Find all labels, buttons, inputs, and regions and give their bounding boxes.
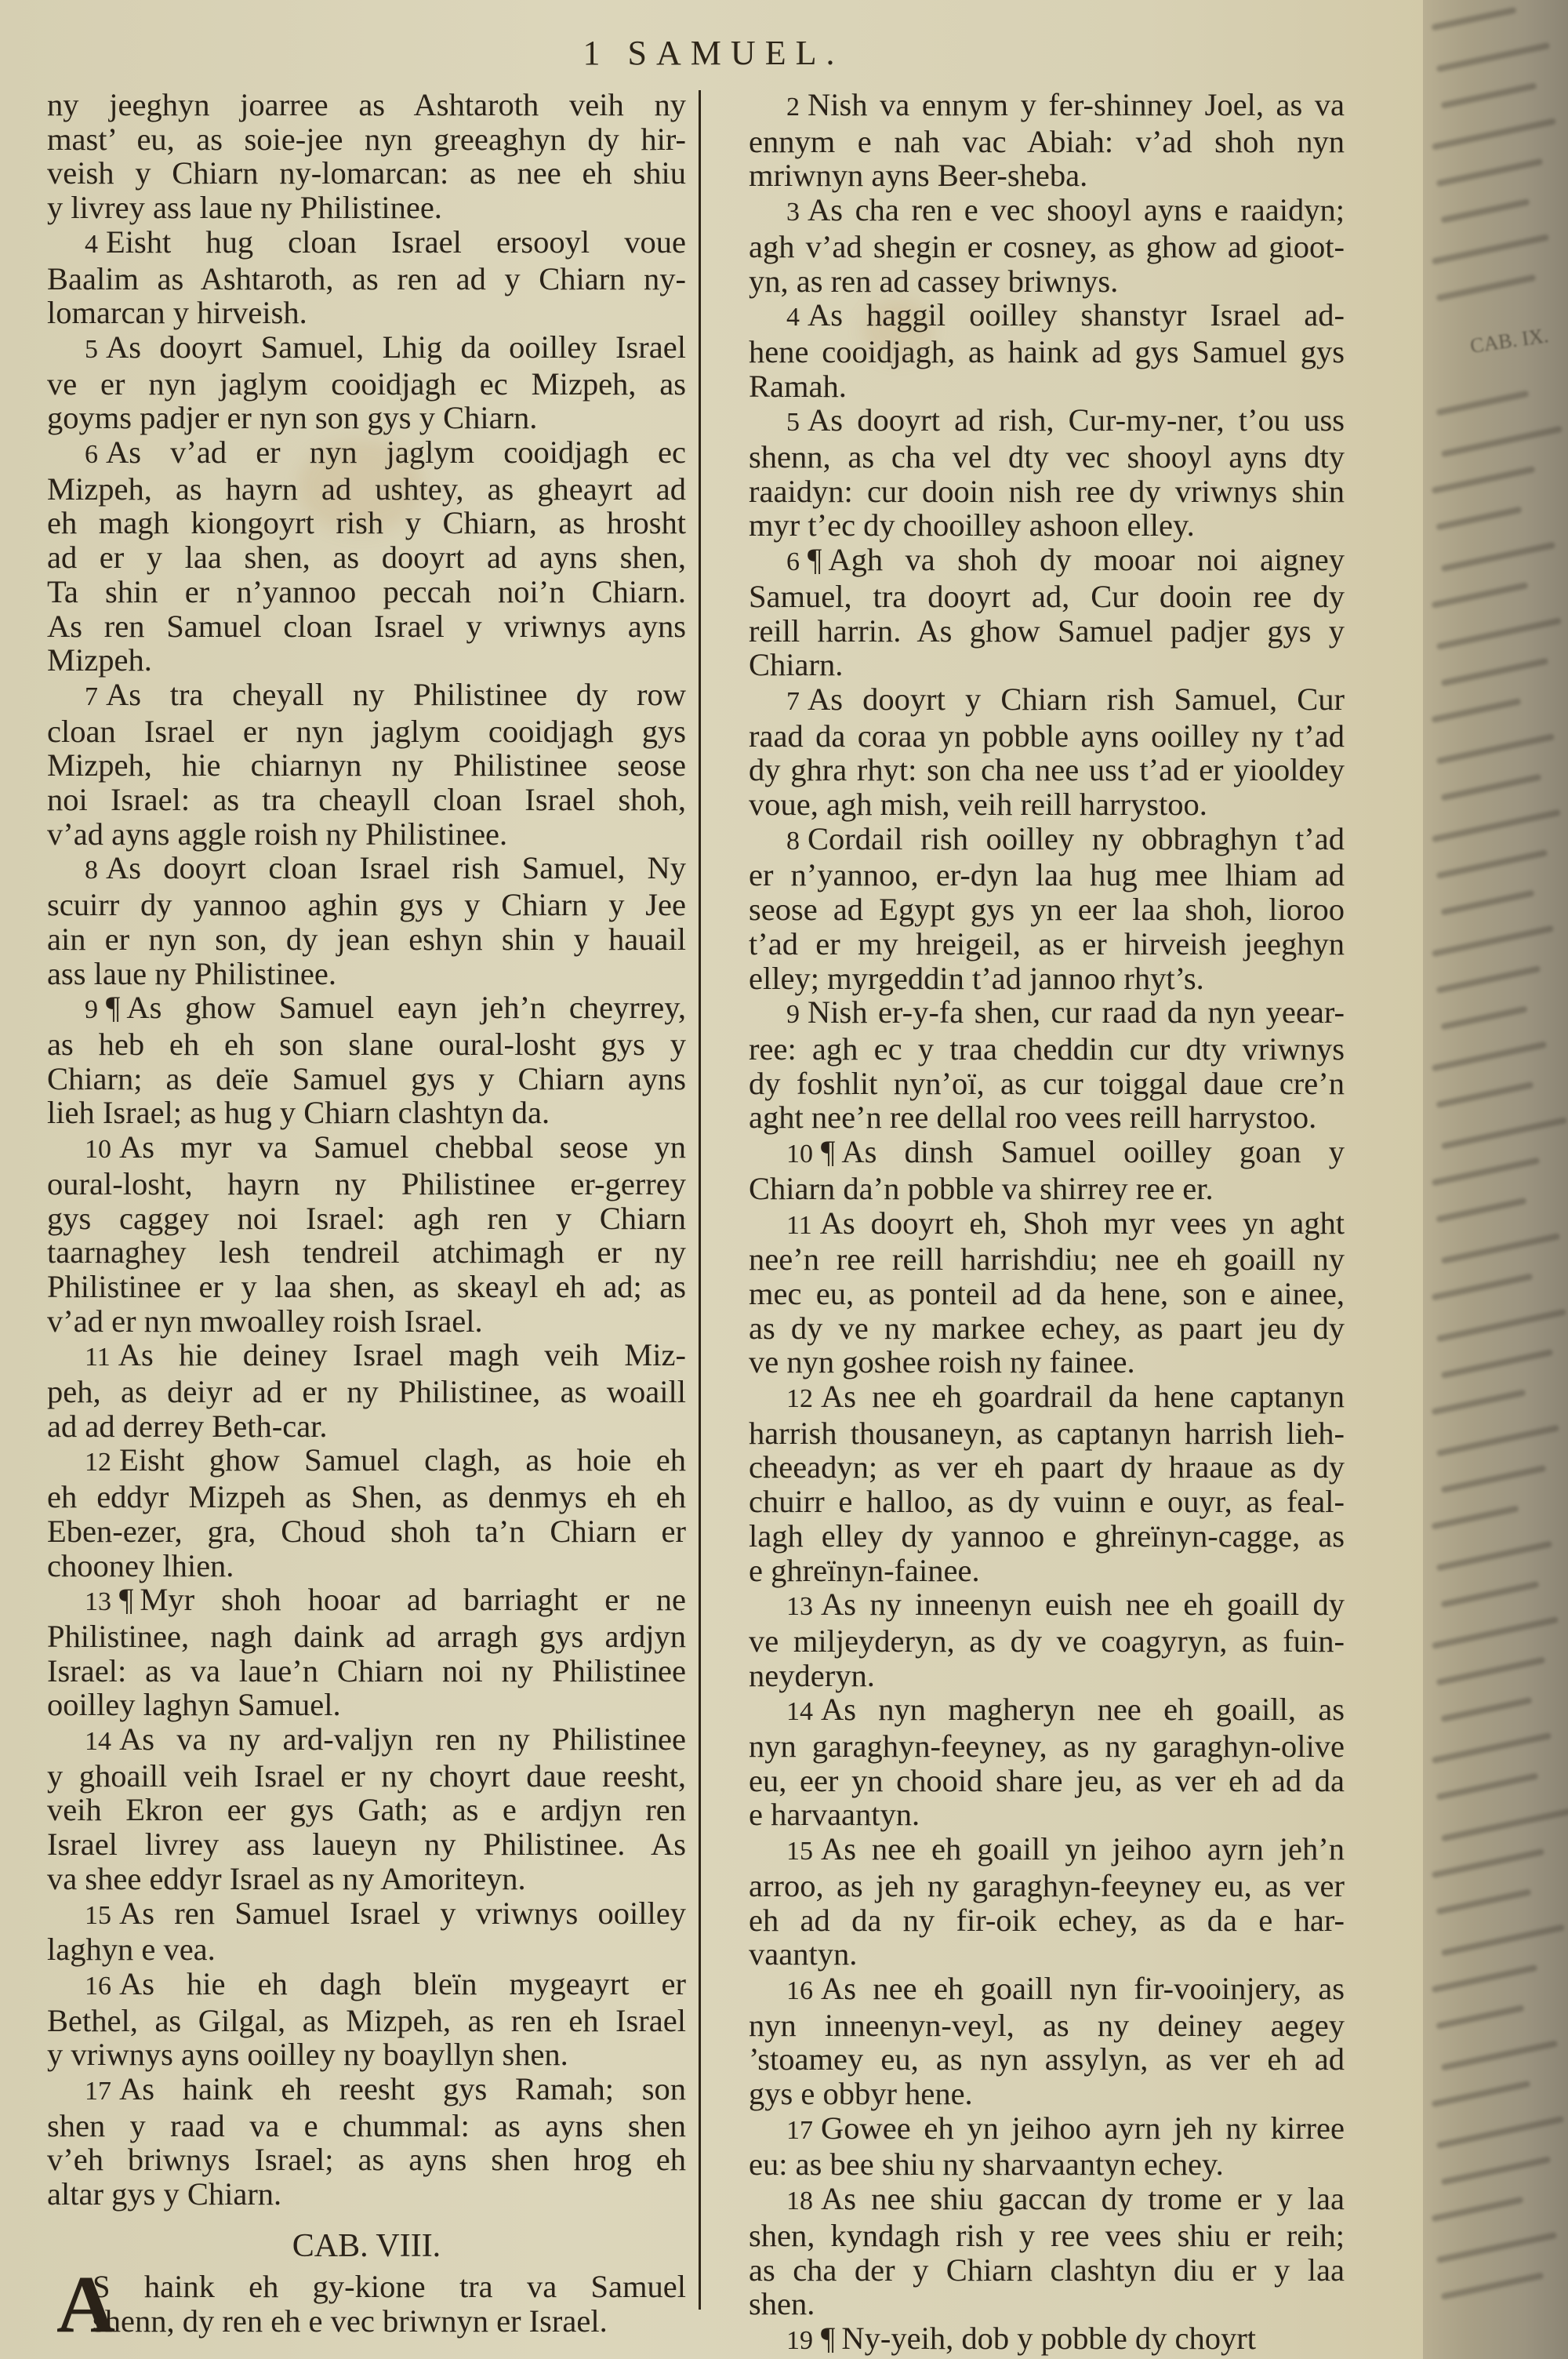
verse-line: 3As cha ren e vec shooyl ayns e raaidyn; — [749, 193, 1345, 230]
verse-number: 8 — [85, 856, 98, 885]
verse-line: neyderyn. — [749, 1659, 1345, 1693]
verse-line: lagh elley dy yannoo e ghreïnyn-cagge, a… — [749, 1519, 1345, 1554]
verse-line: raad da coraa yn pobble ayns ooilley ny … — [749, 719, 1345, 754]
verse-line: Chiarn; as deïe Samuel gys y Chiarn ayns — [47, 1062, 686, 1096]
verse-line: 16As hie eh dagh bleïn mygeayrt er — [47, 1967, 686, 2004]
verse-text: ain er nyn son, dy jean eshyn shin y hau… — [47, 921, 686, 957]
verse-text: nee’n ree reill harrishdiu; nee eh goail… — [749, 1241, 1345, 1277]
verse-line: gys caggey noi Israel: agh ren y Chiarn — [47, 1201, 686, 1236]
verse-line: oural-losht, hayrn ny Philistinee er-ger… — [47, 1167, 686, 1201]
verse-line: taarnaghey lesh tendreil atchimagh er ny — [47, 1235, 686, 1270]
verse-text: raad da coraa yn pobble ayns ooilley ny … — [749, 718, 1345, 754]
verse-line: 9Nish er-y-fa shen, cur raad da nyn yeea… — [749, 995, 1345, 1032]
verse-line: as cha der y Chiarn clashtyn diu er y la… — [749, 2253, 1345, 2288]
blurred-text-line — [1432, 1041, 1547, 1072]
verse: 6¶Agh va shoh dy mooar noi aigneySamuel,… — [749, 543, 1345, 682]
verse-text: Eisht ghow Samuel clagh, as hoie eh — [119, 1442, 686, 1478]
book-page: 1 SAMUEL. ny jeeghyn joarree as Ashtarot… — [0, 0, 1427, 2359]
verse-text: eh magh kiongoyrt rish y Chiarn, as hros… — [47, 505, 686, 540]
verse-line: Israel: as va laue’n Chiarn noi ny Phili… — [47, 1654, 686, 1688]
verse-text: scuirr dy yannoo aghin gys y Chiarn y Je… — [47, 887, 686, 922]
blurred-text-line — [1436, 2116, 1564, 2149]
verse-text: As va ny ard-valjyn ren ny Philistinee — [119, 1721, 686, 1757]
verse-text: dy ghra rhyt: son cha nee uss t’ad er yi… — [749, 752, 1345, 787]
verse-text: taarnaghey lesh tendreil atchimagh er ny — [47, 1234, 686, 1270]
verse-number: 4 — [786, 303, 800, 332]
verse-text: Mizpeh. — [47, 642, 152, 678]
verse-text: as heb eh eh son slane oural-losht gys y — [47, 1027, 686, 1062]
verse-text: e ghreïnyn-fainee. — [749, 1553, 980, 1588]
verse-line: 17As haink eh reesht gys Ramah; son — [47, 2072, 686, 2109]
verse-line: 5As dooyrt ad rish, Cur-my-ner, t’ou uss — [749, 403, 1345, 440]
verse-text: e harvaantyn. — [749, 1797, 920, 1832]
blurred-text-line — [1436, 2005, 1524, 2030]
verse-text: aght nee’n ree dellal roo vees reill har… — [749, 1100, 1316, 1135]
verse-line: 14As nyn magheryn nee eh goaill, as — [749, 1692, 1345, 1729]
blurred-text-line — [1441, 658, 1549, 687]
blurred-text-line — [1441, 774, 1542, 801]
verse-text: Cordail rish ooilley ny obbraghyn t’ad — [808, 821, 1345, 856]
verse-text: As nee eh goardrail da hene captanyn — [821, 1379, 1345, 1414]
verse-text: Samuel, tra dooyrt ad, Cur dooin ree dy — [749, 579, 1345, 614]
verse-number: 17 — [786, 2116, 813, 2145]
verse-text: As hie deiney Israel magh veih Miz- — [118, 1337, 686, 1372]
verse-line: as heb eh eh son slane oural-losht gys y — [47, 1027, 686, 1062]
blurred-text-line — [1432, 1273, 1534, 1300]
verse-line: ve nyn goshee roish ny fainee. — [749, 1345, 1345, 1379]
verse-text: neyderyn. — [749, 1658, 875, 1693]
verse-number: 13 — [85, 1587, 111, 1616]
verse: 18As nee shiu gaccan dy trome er y laash… — [749, 2182, 1345, 2321]
verse-line: v’eh briwnys Israel; as ayns shen hrog e… — [47, 2143, 686, 2177]
verse-text: Nish va ennym y fer-shinney Joel, as va — [808, 87, 1345, 122]
verse-line: 7As dooyrt y Chiarn rish Samuel, Cur — [749, 682, 1345, 719]
blurred-text-line — [1436, 733, 1555, 765]
verse-line: ree: agh ec y traa cheddin cur dty vriwn… — [749, 1032, 1345, 1067]
verse: 16As nee eh goaill nyn fir-vooinjery, as… — [749, 1972, 1345, 2111]
blurred-text-line — [1436, 1198, 1526, 1223]
verse-text: As nee eh goaill nyn fir-vooinjery, as — [821, 1971, 1345, 2006]
verse-text: er n’yannoo, er-dyn laa hug mee lhiam ad — [749, 857, 1345, 892]
verse-line: 6As v’ad er nyn jaglym cooidjagh ec — [47, 435, 686, 472]
verse-text: As hie eh dagh bleïn mygeayrt er — [119, 1966, 686, 2001]
verse-line: reill harrin. As ghow Samuel padjer gys … — [749, 614, 1345, 649]
blurred-text-line — [1441, 426, 1563, 457]
verse-line: 15As ren Samuel Israel y vriwnys ooilley — [47, 1896, 686, 1933]
verse-line: Philistinee, nagh daink ad arragh gys ar… — [47, 1619, 686, 1654]
chapter-heading: CAB. VIII. — [47, 2227, 686, 2265]
verse: 7As tra cheyall ny Philistinee dy rowclo… — [47, 678, 686, 852]
blurred-text-line — [1441, 1924, 1565, 1956]
verse-line: Ta shin er n’yannoo peccah noi’n Chiarn. — [47, 575, 686, 609]
verse: 13As ny inneenyn euish nee eh goaill dyv… — [749, 1587, 1345, 1692]
verse-line: 10As myr va Samuel chebbal seose yn — [47, 1130, 686, 1167]
blurred-text-line — [1432, 1732, 1552, 1764]
verse-number: 3 — [786, 198, 800, 227]
verse: 8Cordail rish ooilley ny obbraghyn t’ade… — [749, 822, 1345, 996]
blurred-text-line — [1440, 1697, 1532, 1722]
verse-line: er n’yannoo, er-dyn laa hug mee lhiam ad — [749, 858, 1345, 892]
verse: 12Eisht ghow Samuel clagh, as hoie eheh … — [47, 1443, 686, 1583]
verse-line: ass laue ny Philistinee. — [47, 957, 686, 991]
verse-text: ad ad derrey Beth-car. — [47, 1408, 328, 1444]
verse: 17Gowee eh yn jeihoo ayrn jeh ny kirreee… — [749, 2111, 1345, 2182]
verse-line: Chiarn da’n pobble va shirrey ree er. — [749, 1172, 1345, 1206]
blurred-text-line — [1441, 1117, 1567, 1150]
verse-text: lagh elley dy yannoo e ghreïnyn-cagge, a… — [749, 1518, 1345, 1554]
pilcrow-mark: ¶ — [821, 1134, 835, 1169]
verse-text: as cha der y Chiarn clashtyn diu er y la… — [749, 2252, 1345, 2288]
verse-line: ad ad derrey Beth-car. — [47, 1409, 686, 1444]
verse-text: lomarcan y hirveish. — [47, 295, 307, 330]
verse-line: v’ad ayns aggle roish ny Philistinee. — [47, 817, 686, 852]
verse-text: Bethel, as Gilgal, as Mizpeh, as ren eh … — [47, 2003, 686, 2038]
verse-line: 9¶As ghow Samuel eayn jeh’n cheyrrey, — [47, 990, 686, 1027]
verse-text: Agh va shoh dy mooar noi aigney — [828, 542, 1345, 577]
verse-line: 4As haggil ooilley shanstyr Israel ad- — [749, 298, 1345, 335]
verse-line: 7As tra cheyall ny Philistinee dy row — [47, 678, 686, 714]
verse-text: Chiarn. — [749, 647, 843, 682]
verse-text: ad er y laa shen, as dooyrt ad ayns shen… — [47, 540, 686, 575]
verse-text: Mizpeh, hie chiarnyn ny Philistinee seos… — [47, 747, 686, 783]
verse-text: shenn, as cha vel dty vec shooyl ayns dt… — [749, 439, 1345, 474]
verse-text: noi Israel: as tra cheayll cloan Israel … — [47, 782, 686, 817]
blurred-text-line — [1440, 198, 1530, 224]
verse-line: seose ad Egypt gys yn eer laa shoh, lior… — [749, 892, 1345, 927]
verse-line: elley; myrgeddin t’ad jannoo rhyt’s. — [749, 961, 1345, 996]
verse-text: ree: agh ec y traa cheddin cur dty vriwn… — [749, 1031, 1345, 1067]
verse-text: As ghow Samuel eayn jeh’n cheyrrey, — [126, 990, 686, 1025]
verse-line: 13As ny inneenyn euish nee eh goaill dy — [749, 1587, 1345, 1624]
verse-text: peh, as deiyr ad er ny Philistinee, as w… — [47, 1374, 686, 1409]
verse-text: eu, eer yn chooid share jeu, as ver eh a… — [749, 1763, 1345, 1798]
blurred-text-line — [1432, 1389, 1526, 1415]
blurred-text-line — [1436, 158, 1544, 187]
blurred-text-line — [1441, 1581, 1540, 1608]
verse-text: ennym e nah vac Abiah: v’ad shoh nyn — [749, 124, 1345, 159]
verse-line: e harvaantyn. — [749, 1797, 1345, 1832]
verse-text: y ghoaill veih Israel er ny choyrt daue … — [47, 1758, 686, 1794]
verse-number: 11 — [786, 1211, 812, 1240]
verse-text: eu: as bee shiu ny sharvaantyn echey. — [749, 2146, 1224, 2182]
verse: 8As dooyrt cloan Israel rish Samuel, Nys… — [47, 851, 686, 990]
verse-text: lieh Israel; as hug y Chiarn clashtyn da… — [47, 1095, 550, 1130]
verse-text: gys caggey noi Israel: agh ren y Chiarn — [47, 1201, 686, 1236]
verse-line: mriwnyn ayns Beer-sheba. — [749, 158, 1345, 193]
verse: 6As v’ad er nyn jaglym cooidjagh ecMizpe… — [47, 435, 686, 678]
verse-line: ve miljeyderyn, as dy ve coagyryn, as fu… — [749, 1624, 1345, 1659]
verse-text: eh ad da ny fir-oik echey, as da e har- — [749, 1903, 1345, 1938]
verse-text: S haink eh gy-kione tra va Samuel — [93, 2269, 686, 2304]
verse: 15As ren Samuel Israel y vriwnys ooilley… — [47, 1896, 686, 1967]
verse-line: 2Nish va ennym y fer-shinney Joel, as va — [749, 88, 1345, 125]
next-page-edge: CAB. IX. — [1423, 0, 1568, 2359]
verse-text: ’stoamey eu, as nyn assylyn, as ver eh a… — [749, 2041, 1345, 2077]
verse-text: cheeadyn; as ver eh paart dy hraaue as d… — [749, 1449, 1345, 1485]
verse-number: 14 — [786, 1697, 813, 1726]
verse-line: Mizpeh, as hayrn ad ushtey, as gheayrt a… — [47, 472, 686, 507]
blurred-text-line — [1436, 1425, 1559, 1457]
verse-line: eu: as bee shiu ny sharvaantyn echey. — [749, 2147, 1345, 2182]
column-divider — [699, 90, 701, 2310]
verse: 10As myr va Samuel chebbal seose ynoural… — [47, 1130, 686, 1338]
blurred-text-line — [1441, 1349, 1553, 1379]
verse: 7As dooyrt y Chiarn rish Samuel, Curraad… — [749, 682, 1345, 822]
verse-text: myr t’ec dy chooilley ashoon elley. — [749, 507, 1195, 543]
verse-line: ennym e nah vac Abiah: v’ad shoh nyn — [749, 125, 1345, 159]
verse-text: As cha ren e vec shooyl ayns e raaidyn; — [808, 192, 1345, 227]
verse-number: 6 — [85, 440, 98, 469]
verse-text: vaantyn. — [749, 1936, 857, 1972]
verse-text: agh v’ad shegin er cosney, as ghow ad gi… — [749, 229, 1345, 264]
verse-text: ve miljeyderyn, as dy ve coagyryn, as fu… — [749, 1623, 1345, 1659]
blurred-text-line — [1436, 617, 1562, 650]
blurred-text-line — [1436, 507, 1522, 531]
verse-text: shen. — [749, 2286, 815, 2321]
verse-text: Baalim as Ashtaroth, as ren ad y Chiarn … — [47, 261, 686, 296]
chapter-opening: AS haink eh gy-kione tra va Samuelshenn,… — [47, 2270, 686, 2338]
verse-text: Ta shin er n’yannoo peccah noi’n Chiarn. — [47, 574, 686, 609]
verse-text: chuirr e halloo, as dy vuinn e ouyr, as … — [749, 1484, 1345, 1519]
verse-text: As dooyrt Samuel, Lhig da ooilley Israel — [106, 329, 686, 365]
verse-line: mast’ eu, as soie-jee nyn greeaghyn dy h… — [47, 122, 686, 157]
verse-line: 12As nee eh goardrail da hene captanyn — [749, 1379, 1345, 1416]
pilcrow-mark: ¶ — [119, 1582, 133, 1617]
blurred-text-line — [1441, 2040, 1558, 2070]
verse-text: Ny-yeih, dob y pobble dy choyrt — [841, 2321, 1256, 2356]
verse-line: 19¶Ny-yeih, dob y pobble dy choyrt — [749, 2321, 1345, 2358]
verse-line: 17Gowee eh yn jeihoo ayrn jeh ny kirree — [749, 2111, 1345, 2148]
verse-line: myr t’ec dy chooilley ashoon elley. — [749, 508, 1345, 543]
verse-text: As haggil ooilley shanstyr Israel ad- — [808, 297, 1345, 333]
blurred-text-line — [1436, 2232, 1557, 2263]
verse-line: 6¶Agh va shoh dy mooar noi aigney — [749, 543, 1345, 580]
verse-line: nee’n ree reill harrishdiu; nee eh goail… — [749, 1242, 1345, 1277]
verse: 5As dooyrt Samuel, Lhig da ooilley Israe… — [47, 330, 686, 435]
verse-text: harrish thousaneyn, as captanyn harrish … — [749, 1416, 1345, 1451]
blurred-text-line — [1432, 582, 1529, 609]
verse-number: 14 — [85, 1727, 111, 1756]
verse-line: peh, as deiyr ad er ny Philistinee, as w… — [47, 1375, 686, 1409]
verse-text: Chiarn da’n pobble va shirrey ree er. — [749, 1171, 1214, 1206]
verse-line: lieh Israel; as hug y Chiarn clashtyn da… — [47, 1096, 686, 1130]
verse-line: Mizpeh. — [47, 643, 686, 678]
verse-number: 5 — [85, 335, 98, 364]
verse-text: seose ad Egypt gys yn eer laa shoh, lior… — [749, 892, 1345, 927]
blurred-text-line — [1432, 1965, 1538, 1993]
verse-text: y vriwnys ayns ooilley ny boayllyn shen. — [47, 2037, 568, 2072]
verse-number: 19 — [786, 2326, 813, 2355]
verse-line: eh ad da ny fir-oik echey, as da e har- — [749, 1903, 1345, 1938]
verse-text: hene cooidjagh, as haink ad gys Samuel g… — [749, 334, 1345, 369]
verse-text: raaidyn: cur dooin nish ree dy vriwnys s… — [749, 474, 1345, 509]
verse-text: reill harrin. As ghow Samuel padjer gys … — [749, 613, 1345, 649]
blurred-text-line — [1432, 234, 1549, 264]
verse-text: shen, kyndagh rish y ree vees shiu er re… — [749, 2218, 1345, 2253]
verse-line: ain er nyn son, dy jean eshyn shin y hau… — [47, 922, 686, 957]
verse-text: veish y Chiarn ny-lomarcan: as nee eh sh… — [47, 155, 686, 191]
verse-line: Eben-ezer, gra, Choud shoh ta’n Chiarn e… — [47, 1514, 686, 1549]
verse-line: Samuel, tra dooyrt ad, Cur dooin ree dy — [749, 580, 1345, 614]
verse-text: veih Ekron eer gys Gath; as e ardjyn ren — [47, 1792, 686, 1827]
verse-text: Nish er-y-fa shen, cur raad da nyn yeear… — [808, 994, 1345, 1030]
verse-number: 11 — [85, 1343, 111, 1372]
verse-line: shen y raad va e chummal: as ayns shen — [47, 2109, 686, 2143]
verse-number: 10 — [85, 1135, 111, 1164]
verse: 12As nee eh goardrail da hene captanynha… — [749, 1379, 1345, 1587]
verse: ny jeeghyn joarree as Ashtaroth veih nym… — [47, 88, 686, 225]
verse-text: goyms padjer er nyn son gys y Chiarn. — [47, 400, 537, 435]
verse-line: e ghreïnyn-fainee. — [749, 1554, 1345, 1588]
verse-number: 6 — [786, 547, 800, 576]
verse-text: cloan Israel er nyn jaglym cooidjagh gys — [47, 714, 686, 749]
blurred-text-line — [1436, 1081, 1534, 1108]
verse-line: S haink eh gy-kione tra va Samuel — [47, 2270, 686, 2304]
blurred-text-line — [1441, 1465, 1547, 1493]
verse-text: eh eddyr Mizpeh as Shen, as denmys eh eh — [47, 1479, 686, 1514]
verse-text: v’eh briwnys Israel; as ayns shen hrog e… — [47, 2142, 686, 2177]
verse-text: ass laue ny Philistinee. — [47, 956, 336, 991]
blurred-text-line — [1432, 466, 1536, 494]
verse-number: 8 — [786, 827, 800, 856]
verse: 4As haggil ooilley shanstyr Israel ad-he… — [749, 298, 1345, 403]
verse-line: vaantyn. — [749, 1937, 1345, 1972]
pilcrow-mark: ¶ — [106, 990, 120, 1025]
verse-text: ooilley laghyn Samuel. — [47, 1687, 341, 1722]
verse-line: 18As nee shiu gaccan dy trome er y laa — [749, 2182, 1345, 2219]
verse-line: shen, kyndagh rish y ree vees shiu er re… — [749, 2219, 1345, 2253]
blurred-text-line — [1431, 2197, 1523, 2223]
verse: 11As dooyrt eh, Shoh myr vees yn aghtnee… — [749, 1206, 1345, 1380]
verse-text: Chiarn; as deïe Samuel gys y Chiarn ayns — [47, 1061, 686, 1096]
verse: 11As hie deiney Israel magh veih Miz-peh… — [47, 1338, 686, 1443]
verse-line: eh eddyr Mizpeh as Shen, as denmys eh eh — [47, 1480, 686, 1514]
blurred-text-line — [1441, 1233, 1560, 1264]
blurred-text-line — [1436, 1772, 1539, 1800]
verse-line: y livrey ass laue ny Philistinee. — [47, 191, 686, 225]
verse-line: dy foshlit nyn’oï, as cur toiggal daue c… — [749, 1067, 1345, 1101]
verse-text: mec eu, as ponteil ad da hene, son e ain… — [749, 1276, 1345, 1311]
verse-text: ve nyn goshee roish ny fainee. — [749, 1344, 1135, 1379]
blurred-text-line — [1432, 1616, 1559, 1649]
verse-text: mriwnyn ayns Beer-sheba. — [749, 158, 1087, 193]
verse-line: voue, agh mish, veih reill harrystoo. — [749, 787, 1345, 822]
pilcrow-mark: ¶ — [808, 542, 822, 577]
blurred-text-line — [1436, 1309, 1566, 1343]
verse-number: 15 — [85, 1901, 111, 1930]
verse-line: goyms padjer er nyn son gys y Chiarn. — [47, 401, 686, 435]
verse: 14As va ny ard-valjyn ren ny Philistinee… — [47, 1722, 686, 1896]
blurred-text-line — [1441, 82, 1537, 109]
verse-number: 10 — [786, 1140, 813, 1169]
verse: 17As haink eh reesht gys Ramah; sonshen … — [47, 2072, 686, 2212]
verse-line: ad er y laa shen, as dooyrt ad ayns shen… — [47, 540, 686, 575]
verse-line: As ren Samuel cloan Israel y vriwnys ayn… — [47, 609, 686, 644]
verse-line: chooney lhien. — [47, 1549, 686, 1583]
verse-text: As dooyrt y Chiarn rish Samuel, Cur — [808, 682, 1345, 717]
verse-number: 2 — [786, 93, 800, 122]
blurred-text-line — [1436, 849, 1548, 879]
verse-line: cloan Israel er nyn jaglym cooidjagh gys — [47, 714, 686, 749]
verse-line: Chiarn. — [749, 648, 1345, 682]
pilcrow-mark: ¶ — [821, 2321, 835, 2356]
verse-text: nyn inneenyn-veyl, as ny deiney aegey — [749, 2008, 1345, 2043]
verse-text: y livrey ass laue ny Philistinee. — [47, 190, 442, 225]
verse-text: Myr shoh hooar ad barriaght er ne — [140, 1582, 686, 1617]
verse-line: nyn inneenyn-veyl, as ny deiney aegey — [749, 2008, 1345, 2043]
verse-text: t’ad er my hreigeil, as er hirveish jeeg… — [749, 926, 1345, 961]
blurred-text-line — [1431, 698, 1521, 723]
blurred-text-line — [1436, 1540, 1552, 1571]
verse-number: 12 — [786, 1384, 813, 1413]
verse-text: v’ad er nyn mwoalley roish Israel. — [47, 1303, 483, 1339]
running-head: 1 SAMUEL. — [0, 33, 1427, 73]
verse-number: 9 — [85, 995, 98, 1024]
verse-number: 18 — [786, 2186, 813, 2215]
verse-line: lomarcan y hirveish. — [47, 296, 686, 330]
verse: 2Nish va ennym y fer-shinney Joel, as va… — [749, 88, 1345, 193]
verse-text: Ramah. — [749, 369, 847, 404]
verse-text: As v’ad er nyn jaglym cooidjagh ec — [106, 434, 686, 470]
verse-text: dy foshlit nyn’oï, as cur toiggal daue c… — [749, 1066, 1345, 1101]
verse-text: laghyn e vea. — [47, 1932, 216, 1967]
verse-text: ve er nyn jaglym cooidjagh ec Mizpeh, as — [47, 366, 686, 402]
verse: 10¶As dinsh Samuel ooilley goan yChiarn … — [749, 1135, 1345, 1205]
blurred-text-line — [1440, 1005, 1527, 1030]
verse-line: y vriwnys ayns ooilley ny boayllyn shen. — [47, 2037, 686, 2072]
verse-number: 16 — [786, 1976, 813, 2005]
verse-line: 11As hie deiney Israel magh veih Miz- — [47, 1338, 686, 1375]
verse-line: shenn, as cha vel dty vec shooyl ayns dt… — [749, 440, 1345, 474]
verse-text: Philistinee er y laa shen, as skeayl eh … — [47, 1269, 686, 1304]
verse-text: Mizpeh, as hayrn ad ushtey, as gheayrt a… — [47, 471, 686, 507]
verse-line: shen. — [749, 2287, 1345, 2321]
verse-line: ve er nyn jaglym cooidjagh ec Mizpeh, as — [47, 367, 686, 402]
verse-text: shenn, dy ren eh e vec briwnyn er Israel… — [93, 2303, 608, 2339]
verse-line: 4Eisht hug cloan Israel ersooyl voue — [47, 225, 686, 262]
verse-line: dy ghra rhyt: son cha nee uss t’ad er yi… — [749, 753, 1345, 787]
verse-line: hene cooidjagh, as haink ad gys Samuel g… — [749, 335, 1345, 369]
verse-line: t’ad er my hreigeil, as er hirveish jeeg… — [749, 927, 1345, 961]
verse-text: yn, as ren ad cassey briwnys. — [749, 264, 1118, 299]
verse-text: As dooyrt eh, Shoh myr vees yn aght — [820, 1205, 1345, 1241]
verse-number: 16 — [85, 1972, 111, 2001]
verse-line: veish y Chiarn ny-lomarcan: as nee eh sh… — [47, 156, 686, 191]
verse-line: chuirr e halloo, as dy vuinn e ouyr, as … — [749, 1485, 1345, 1519]
verse-line: noi Israel: as tra cheayll cloan Israel … — [47, 783, 686, 817]
next-page-chapter-label: CAB. IX. — [1468, 324, 1550, 358]
verse-text: Israel livrey ass laueyn ny Philistinee.… — [47, 1826, 686, 1862]
verse: 13¶Myr shoh hooar ad barriaght er nePhil… — [47, 1583, 686, 1722]
blurred-text-line — [1441, 2156, 1552, 2185]
verse-line: v’ad er nyn mwoalley roish Israel. — [47, 1304, 686, 1339]
verse-number: 4 — [85, 230, 98, 259]
verse-text: As tra cheyall ny Philistinee dy row — [106, 677, 686, 712]
blurred-text-line — [1432, 2081, 1531, 2107]
verse-text: shen y raad va e chummal: as ayns shen — [47, 2108, 686, 2143]
verse-text: va shee eddyr Israel as ny Amoriteyn. — [47, 1861, 526, 1896]
verse-line: 13¶Myr shoh hooar ad barriaght er ne — [47, 1583, 686, 1619]
verse-line: scuirr dy yannoo aghin gys y Chiarn y Je… — [47, 888, 686, 922]
verse-text: As nyn magheryn nee eh goaill, as — [821, 1692, 1345, 1727]
verse-text: elley; myrgeddin t’ad jannoo rhyt’s. — [749, 961, 1204, 996]
verse-text: v’ad ayns aggle roish ny Philistinee. — [47, 816, 507, 852]
verse-line: Philistinee er y laa shen, as skeayl eh … — [47, 1270, 686, 1304]
verse-line: raaidyn: cur dooin nish ree dy vriwnys s… — [749, 474, 1345, 509]
verse-text: ny jeeghyn joarree as Ashtaroth veih ny — [47, 87, 686, 122]
verse-text: As dinsh Samuel ooilley goan y — [841, 1134, 1345, 1169]
verse-text: Eben-ezer, gra, Choud shoh ta’n Chiarn e… — [47, 1514, 686, 1549]
